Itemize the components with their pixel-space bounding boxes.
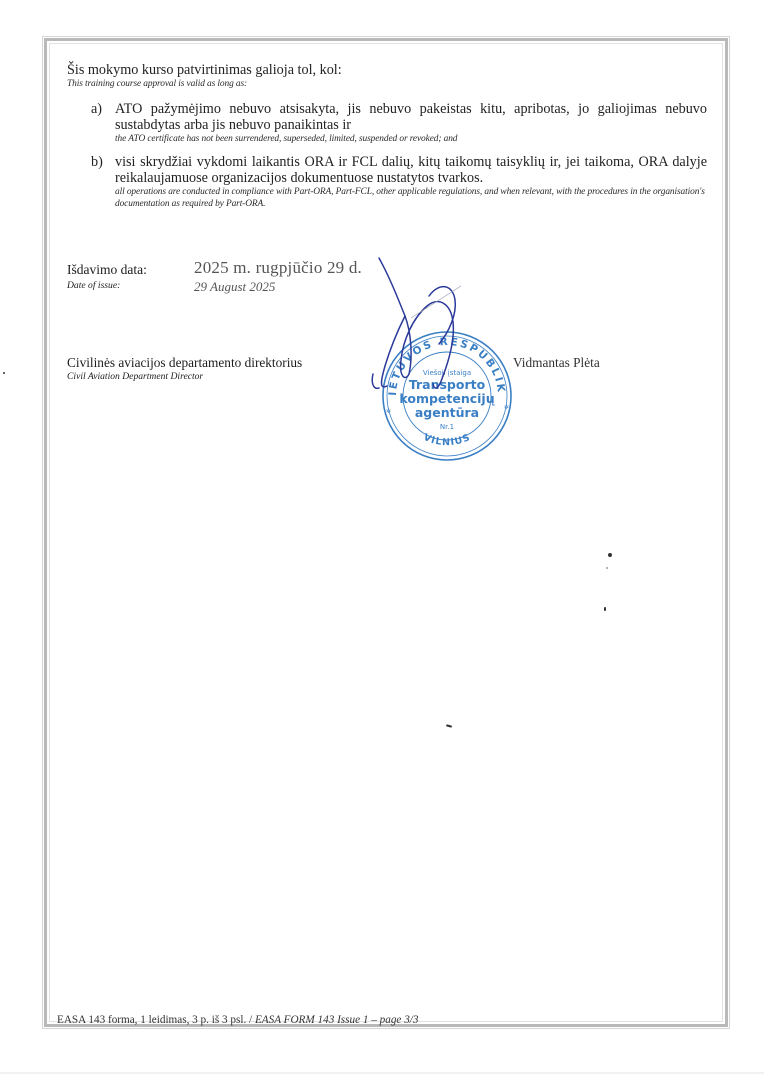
issue-date-value-lt: 2025 m. rugpjūčio 29 d. <box>194 258 362 278</box>
svg-text:VILNIUS: VILNIUS <box>422 432 473 448</box>
footer-text-lt: EASA 143 forma, 1 leidimas, 3 p. iš 3 ps… <box>57 1014 246 1026</box>
document-page: Šis mokymo kurso patvirtinimas galioja t… <box>44 38 728 1027</box>
signatory-title-lt: Civilinės aviacijos departamento direkto… <box>67 355 302 371</box>
stamp-bottom-arc: VILNIUS <box>422 432 473 448</box>
stamp-star-icon: ✲ <box>504 404 509 411</box>
issue-date-label-lt: Išdavimo data: <box>67 262 197 278</box>
stamp-line5: Nr.1 <box>440 423 454 431</box>
intro-text-lt: Šis mokymo kurso patvirtinimas galioja t… <box>67 62 707 78</box>
signatory-title: Civilinės aviacijos departamento direkto… <box>67 355 302 382</box>
stamp-line4: agentūra <box>415 405 479 420</box>
condition-marker: b) <box>91 154 115 210</box>
signatory-title-en: Civil Aviation Department Director <box>67 371 302 382</box>
issue-date-value-en: 29 August 2025 <box>194 279 275 295</box>
condition-text-en: all operations are conducted in complian… <box>115 186 707 210</box>
footer-separator: / <box>246 1014 255 1026</box>
condition-text-lt: ATO pažymėjimo nebuvo atsisakyta, jis ne… <box>115 101 707 133</box>
scan-speck <box>608 553 612 557</box>
validity-intro: Šis mokymo kurso patvirtinimas galioja t… <box>67 62 707 90</box>
signature <box>369 256 479 396</box>
issue-date-label-en: Date of issue: <box>67 280 120 291</box>
condition-text-lt: visi skrydžiai vykdomi laikantis ORA ir … <box>115 154 707 186</box>
scan-speck <box>604 607 606 611</box>
scan-speck <box>606 567 608 569</box>
condition-text-en: the ATO certificate has not been surrend… <box>115 133 707 145</box>
footer-text-en: EASA FORM 143 Issue 1 – page 3/3 <box>255 1014 419 1026</box>
stamp-star-icon: ✲ <box>386 408 391 415</box>
condition-a: a) ATO pažymėjimo nebuvo atsisakyta, jis… <box>91 101 707 145</box>
form-footer: EASA 143 forma, 1 leidimas, 3 p. iš 3 ps… <box>57 1014 419 1026</box>
condition-b: b) visi skrydžiai vykdomi laikantis ORA … <box>91 154 707 210</box>
scan-speck <box>3 372 5 374</box>
signatory-name: Vidmantas Plėta <box>513 355 600 371</box>
intro-text-en: This training course approval is valid a… <box>67 78 707 90</box>
scan-edge-line <box>0 1072 764 1074</box>
condition-marker: a) <box>91 101 115 145</box>
